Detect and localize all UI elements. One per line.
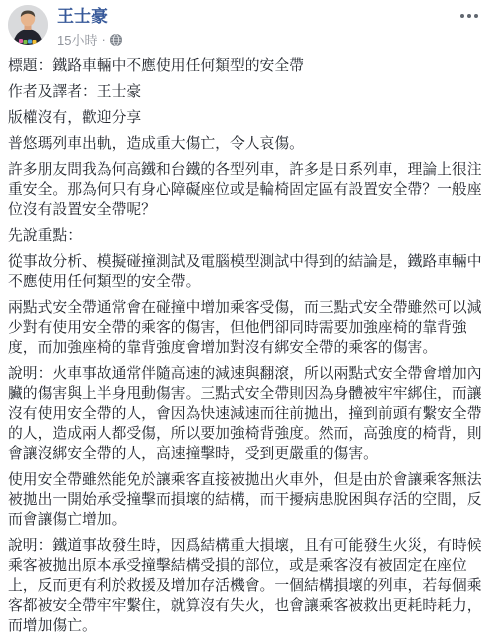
profile-photo-icon bbox=[8, 5, 48, 45]
post-paragraph: 標題：鐵路車輛中不應使用任何類型的安全帶 bbox=[8, 56, 483, 76]
ellipsis-icon bbox=[460, 14, 478, 18]
post-paragraph: 說明：鐵道事故發生時，因爲結構重大損壞，且有可能發生火災，有時候乘客被拋出原本承… bbox=[8, 536, 483, 635]
post-paragraph: 版權沒有，歡迎分享 bbox=[8, 108, 483, 128]
post-body: 標題：鐵路車輛中不應使用任何類型的安全帶 作者及譯者：王士豪 版權沒有，歡迎分享… bbox=[0, 45, 491, 635]
post-header: 王士豪 15小時 · bbox=[0, 0, 491, 45]
post-paragraph: 作者及譯者：王士豪 bbox=[8, 82, 483, 102]
post-meta: 15小時 · bbox=[57, 30, 483, 49]
post-paragraph: 許多朋友問我為何高鐵和台鐵的各型列車，許多是日系列車，理論上很注重安全。那為何只… bbox=[8, 160, 483, 220]
avatar[interactable] bbox=[8, 5, 48, 45]
more-options-button[interactable] bbox=[457, 6, 481, 26]
timestamp-link[interactable]: 15小時 bbox=[57, 30, 97, 49]
post-paragraph: 兩點式安全帶通常會在碰撞中增加乘客受傷，而三點式安全帶雖然可以減少對有使用安全帶… bbox=[8, 298, 483, 358]
post-paragraph: 說明：火車事故通常伴隨高速的減速與翻滾，所以兩點式安全帶會增加內臟的傷害與上半身… bbox=[8, 364, 483, 464]
facebook-post: 王士豪 15小時 · 標題：鐵路車輛中不應使用任何類型的安全 bbox=[0, 0, 491, 635]
header-info: 王士豪 15小時 · bbox=[57, 5, 483, 49]
author-name-link[interactable]: 王士豪 bbox=[57, 7, 108, 27]
meta-separator: · bbox=[101, 32, 105, 47]
post-paragraph: 普悠瑪列車出軌，造成重大傷亡，令人哀傷。 bbox=[8, 134, 483, 154]
globe-public-icon bbox=[110, 34, 122, 46]
post-paragraph: 使用安全帶雖然能免於讓乘客直接被拋出火車外，但是由於會讓乘客無法被拋出一開始承受… bbox=[8, 470, 483, 530]
post-paragraph: 先說重點： bbox=[8, 226, 483, 246]
post-paragraph: 從事故分析、模擬碰撞測試及電腦模型測試中得到的結論是，鐵路車輛中不應使用任何類型… bbox=[8, 252, 483, 292]
